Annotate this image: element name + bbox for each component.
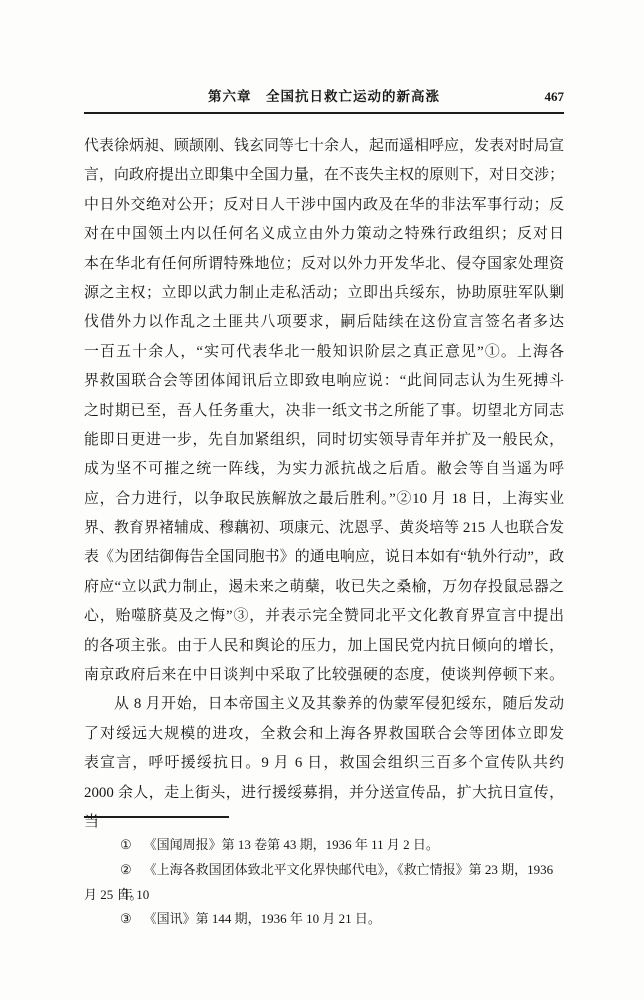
body-line: 表宣言，呼吁援绥抗日。9 月 6 日，救国会组织三百多个宣传队共约 xyxy=(84,749,564,778)
footnotes: ①《国闻周报》第 13 卷第 43 期，1936 年 11 月 2 日。②《上海… xyxy=(84,833,564,932)
body-line: 心，贻噬脐莫及之悔”③，并表示完全赞同北平文化教育界宣言中提出 xyxy=(84,602,564,631)
body-line: 2000 余人，走上街头，进行援绥募捐，并分送宣传品，扩大抗日宣传，当 xyxy=(84,779,564,808)
body-line: 南京政府后来在中日谈判中采取了比较强硬的态度，使谈判停顿下来。 xyxy=(84,661,564,690)
body-line: 代表徐炳昶、顾颉刚、钱玄同等七十余人，起而遥相呼应，发表对时局宣 xyxy=(84,132,564,161)
footnote-line: ③《国讯》第 144 期，1936 年 10 月 21 日。 xyxy=(84,907,564,932)
body-line: 的各项主张。由于人民和舆论的压力，加上国民党内抗日倾向的增长， xyxy=(84,632,564,661)
body-line: 伐借外力以作乱之土匪共八项要求，嗣后陆续在这份宣言签名者多达 xyxy=(84,308,564,337)
chapter-heading: 第六章 全国抗日救亡运动的新高涨 xyxy=(208,89,440,104)
page-content: 第六章 全国抗日救亡运动的新高涨 467 代表徐炳昶、顾颉刚、钱玄同等七十余人，… xyxy=(84,0,564,932)
footnote-marker: ③ xyxy=(120,911,132,926)
body-line: 一百五十余人，“实可代表华北一般知识阶层之真正意见”①。上海各 xyxy=(84,338,564,367)
body-line: 表《为团结御侮告全国同胞书》的通电响应，说日本如有“轨外行动”，政 xyxy=(84,543,564,572)
body-line: 了对绥远大规模的进攻，全救会和上海各界救国联合会等团体立即发 xyxy=(84,720,564,749)
body-line: 中日外交绝对公开；反对日人干涉中国内政及在华的非法军事行动；反 xyxy=(84,191,564,220)
running-head: 第六章 全国抗日救亡运动的新高涨 467 xyxy=(84,88,564,105)
footnote-marker: ① xyxy=(120,837,132,852)
body-line: 应，合力进行，以争取民族解放之最后胜利。”②10 月 18 日，上海实业 xyxy=(84,485,564,514)
body-line: 府应“立以武力制止，遏未来之萌蘖，收已失之桑榆，万勿存投鼠忌器之 xyxy=(84,573,564,602)
body-line: 之时期已至，吾人任务重大，决非一纸文书之所能了事。切望北方同志 xyxy=(84,397,564,426)
footnote-line: ②《上海各救国团体致北平文化界快邮代电》，《救亡情报》第 23 期，1936 年… xyxy=(84,858,564,883)
body-line: 源之主权；立即以武力制止走私活动；立即出兵绥东，协助原驻军队剿 xyxy=(84,279,564,308)
body-line: 对在中国领土内以任何名义成立由外力策动之特殊行政组织；反对日 xyxy=(84,220,564,249)
book-page: 第六章 全国抗日救亡运动的新高涨 467 代表徐炳昶、顾颉刚、钱玄同等七十余人，… xyxy=(0,0,644,1000)
body-line: 能即日更进一步，先自加紧组织，同时切实领导青年并扩及一般民众， xyxy=(84,426,564,455)
body-line: 言，向政府提出立即集中全国力量，在不丧失主权的原则下，对日交涉； xyxy=(84,161,564,190)
footnote-separator xyxy=(84,816,229,818)
body-line: 成为坚不可摧之统一阵线，为实力派抗战之后盾。敝会等自当遥为呼 xyxy=(84,455,564,484)
footnote-line: ①《国闻周报》第 13 卷第 43 期，1936 年 11 月 2 日。 xyxy=(84,833,564,858)
page-number: 467 xyxy=(545,88,565,105)
footnote-line: 月 25 日。 xyxy=(84,883,564,908)
body-line: 本在华北有任何所谓特殊地位；反对以外力开发华北、侵夺国家处理资 xyxy=(84,250,564,279)
body-line: 从 8 月开始，日本帝国主义及其豢养的伪蒙军侵犯绥东，随后发动 xyxy=(84,690,564,719)
body-text: 代表徐炳昶、顾颉刚、钱玄同等七十余人，起而遥相呼应，发表对时局宣言，向政府提出立… xyxy=(84,132,564,808)
header-rule xyxy=(84,112,564,114)
footnote-marker: ② xyxy=(120,862,132,877)
body-line: 界救国联合会等团体闻讯后立即致电响应说：“此间同志认为生死搏斗 xyxy=(84,367,564,396)
body-line: 界、教育界褚辅成、穆藕初、项康元、沈恩孚、黄炎培等 215 人也联合发 xyxy=(84,514,564,543)
